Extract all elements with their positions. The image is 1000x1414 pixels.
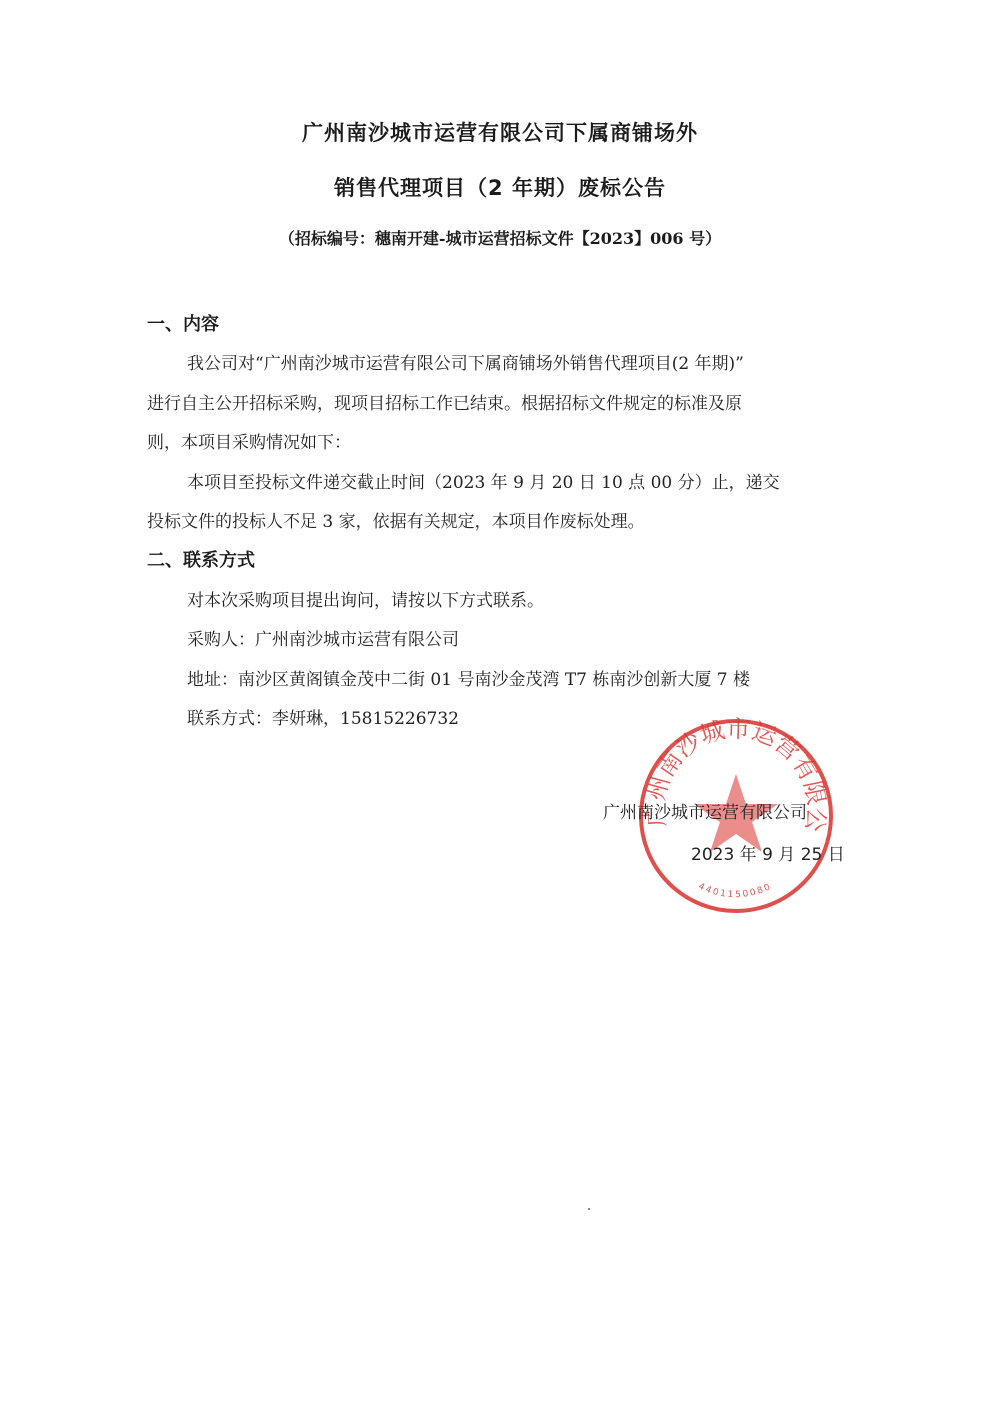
signature-date: 2023 年 9 月 25 日 <box>691 840 845 865</box>
document-title-line-2: 销售代理项目（2 年期）废标公告 <box>0 172 1000 202</box>
address-line: 地址：南沙区黄阁镇金茂中二街 01 号南沙金茂湾 T7 栋南沙创新大厦 7 楼 <box>187 665 750 690</box>
seal-code: 4401150080 <box>697 882 774 901</box>
purchaser-line: 采购人：广州南沙城市运营有限公司 <box>187 625 459 650</box>
document-page: 广州南沙城市运营有限公司下属商铺场外 销售代理项目（2 年期）废标公告 （招标编… <box>0 0 1000 1414</box>
section-heading-content: 一、内容 <box>147 310 219 336</box>
paragraph-line: 对本次采购项目提出询问，请按以下方式联系。 <box>187 586 544 611</box>
signature-company: 广州南沙城市运营有限公司 <box>603 798 807 823</box>
contact-line: 联系方式：李妍琳，15815226732 <box>187 704 459 729</box>
paragraph-line: 进行自主公开招标采购，现项目招标工作已结束。根据招标文件规定的标准及原 <box>147 389 742 414</box>
tender-number: （招标编号：穗南开建-城市运营招标文件【2023】006 号） <box>0 226 1000 249</box>
paragraph-line: 则，本项目采购情况如下： <box>147 428 351 453</box>
section-heading-contact: 二、联系方式 <box>147 546 255 572</box>
paragraph-line: 本项目至投标文件递交截止时间（2023 年 9 月 20 日 10 点 00 分… <box>187 468 780 493</box>
paragraph-line: 投标文件的投标人不足 3 家，依据有关规定，本项目作废标处理。 <box>147 507 645 532</box>
document-title-line-1: 广州南沙城市运营有限公司下属商铺场外 <box>0 117 1000 147</box>
svg-text:4401150080: 4401150080 <box>697 882 774 901</box>
paragraph-line: 我公司对“广州南沙城市运营有限公司下属商铺场外销售代理项目(2 年期)” <box>187 349 744 374</box>
scan-artifact <box>588 1208 590 1210</box>
